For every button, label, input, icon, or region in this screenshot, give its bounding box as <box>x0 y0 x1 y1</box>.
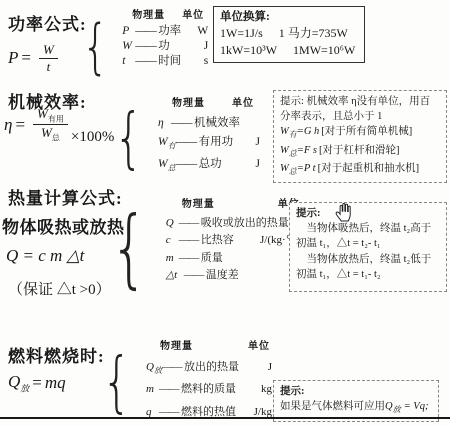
qty-name: 总功 <box>199 155 222 174</box>
unit-header: 单位 <box>232 94 254 113</box>
den-subscript: 总 <box>52 134 60 143</box>
num-subscript: 有用 <box>48 115 64 124</box>
work-symbol: W总 <box>280 143 297 161</box>
quantity-row: t —— 时间 s <box>122 54 208 69</box>
mech-tip-line: W总 =F s [对于杠杆和滑轮] <box>280 143 440 161</box>
qty-name: 放出的热量 <box>184 358 239 377</box>
qty-name: 比热容 <box>201 232 234 250</box>
quantity-row: P —— 功率 W <box>122 24 208 39</box>
symbol-base: W <box>280 163 289 174</box>
dash: —— <box>179 250 198 268</box>
formula-rhs: =F s <box>297 143 317 158</box>
symbol-subscript: 总 <box>289 167 297 176</box>
equals-sign: = <box>32 373 42 393</box>
tip-label: 提示: <box>296 208 321 219</box>
qty-name: 温度差 <box>206 267 239 285</box>
symbol-subscript: 放 <box>393 405 401 414</box>
heat-subtitle: 物体吸热或放热 <box>2 213 125 238</box>
heat-quantity-list: { 物理量 单位 Q —— 吸收或放出的热量 J c —— 比热容 J/(kg·… <box>110 196 302 287</box>
qty-name: 机械效率 <box>194 114 240 133</box>
qty-unit: s <box>204 54 208 69</box>
fuel-formula: Q放 = mq <box>8 372 66 394</box>
symbol-base: m <box>146 383 154 395</box>
qty-symbol: m <box>146 380 159 403</box>
fuel-formula-lhs: Q放 <box>8 372 29 394</box>
dash: —— <box>176 155 196 174</box>
quantity-row: Q放 —— 放出的热量 J <box>146 358 272 381</box>
mech-tip-box: 提示: 机械效率 η没有单位，用百分率表示，且总小于 1 W有 =G h [对于… <box>273 90 447 183</box>
formula-rhs: =P t <box>297 161 316 176</box>
fuel-section-title: 燃料燃烧时: <box>8 342 105 367</box>
mech-tip-line: W有 =G h [对于所有简单机械] <box>280 124 440 142</box>
qty-header: 物理量 <box>172 94 205 113</box>
fuel-tip-title: 提示: <box>280 384 432 399</box>
qty-symbol: c <box>166 232 179 250</box>
symbol-subscript: 放 <box>20 383 29 393</box>
unit-header: 单位 <box>182 8 204 23</box>
dash: —— <box>184 267 203 285</box>
symbol-base: W <box>280 126 289 137</box>
equals-sign: = <box>15 115 25 135</box>
mech-fraction-den: W <box>41 125 52 140</box>
symbol-subscript: 放 <box>154 366 162 375</box>
quantity-row: Q —— 吸收或放出的热量 J <box>166 215 302 233</box>
qty-symbol: W有 <box>158 133 176 155</box>
power-section-title: 功率公式: <box>8 10 87 35</box>
dash: —— <box>159 380 178 399</box>
left-brace: { <box>114 108 143 167</box>
power-formula-lhs: P <box>8 48 18 68</box>
symbol-base: W <box>158 136 168 148</box>
left-brace: { <box>82 20 109 74</box>
qty-unit: kg <box>261 380 272 399</box>
heat-tip-title: 提示: <box>296 206 440 221</box>
heat-formula-note: （保证 △t >0） <box>8 278 111 299</box>
formula-note: [对于所有简单机械] <box>321 124 412 139</box>
qty-symbol: q <box>146 403 159 426</box>
dash: —— <box>135 39 155 54</box>
tip-text: 如果是气体燃料可应用 <box>280 399 385 414</box>
qty-unit: J <box>256 133 260 152</box>
dash: —— <box>162 358 181 377</box>
heat-tip-box: 提示: 当物体吸热后，终温 t₂高于初温 t₁，△t = t₂- t₁ 当物体放… <box>289 202 447 292</box>
quantity-row: q —— 燃料的热值 J/kg <box>146 403 272 426</box>
conversion-item: 1kW=10³W <box>220 42 277 59</box>
qty-symbol: η <box>158 114 171 133</box>
qty-symbol: Q <box>166 215 179 233</box>
quantity-row: W有 —— 有用功 J <box>158 133 260 155</box>
symbol-subscript: 有 <box>168 141 176 150</box>
dash: —— <box>135 54 155 69</box>
dash: —— <box>176 133 196 152</box>
qty-name: 功率 <box>158 24 181 39</box>
fuel-formula-rhs: mq <box>45 373 66 393</box>
qty-symbol: W总 <box>158 155 176 177</box>
qty-symbol: P <box>122 24 135 39</box>
heat-tip-para2: 当物体放热后，终温 t₂低于初温 t₁，△t = t₁- t₂ <box>296 252 440 282</box>
quantity-row: W —— 功 J <box>122 39 208 54</box>
heat-released-symbol: Q放 <box>385 399 401 417</box>
quantity-row: W总 —— 总功 J <box>158 155 260 177</box>
quantity-row: c —— 比热容 J/(kg·℃) <box>166 232 302 250</box>
equals-sign: = <box>21 48 31 68</box>
qty-name: 质量 <box>201 250 223 268</box>
qty-unit: J <box>268 358 272 377</box>
unit-header: 单位 <box>248 338 270 357</box>
heat-tip-para1: 当物体吸热后，终温 t₂高于初温 t₁，△t = t₂- t₁ <box>296 221 440 251</box>
qty-symbol: △t <box>166 267 184 285</box>
qty-header: 物理量 <box>182 196 215 214</box>
qty-name: 时间 <box>158 54 181 69</box>
work-symbol: W总 <box>280 161 297 179</box>
qty-name: 燃料的质量 <box>181 380 236 399</box>
qty-name: 吸收或放出的热量 <box>201 215 289 233</box>
fuel-tip-box: 提示: 如果是气体燃料可应用 Q放 = Vq; <box>273 380 439 422</box>
heat-section-title: 热量计算公式: <box>8 184 123 209</box>
symbol-subscript: 总 <box>168 164 176 173</box>
qty-unit: J <box>204 39 208 54</box>
conversion-item: 1 马力=735W <box>279 25 348 42</box>
power-fraction: W t <box>39 42 58 74</box>
qty-name: 有用功 <box>199 133 234 152</box>
formula-rhs: =G h <box>297 124 320 139</box>
power-fraction-den: t <box>47 59 51 74</box>
formula-note: [对于起重机和抽水机] <box>318 161 420 176</box>
qty-unit: W <box>197 24 208 39</box>
qty-unit: J <box>256 155 260 174</box>
qty-symbol: Q放 <box>146 358 162 381</box>
qty-name: 功 <box>158 39 170 54</box>
qty-header: 物理量 <box>132 8 165 23</box>
conversion-item: 1W=1J/s <box>220 25 263 42</box>
left-brace: { <box>110 210 148 287</box>
symbol-base: W <box>158 158 168 170</box>
heat-formula-text: Q = c m △t <box>6 246 84 266</box>
quantity-row: m —— 燃料的质量 kg <box>146 380 272 403</box>
symbol-base: Q <box>8 372 20 391</box>
symbol-base: Q <box>146 361 154 373</box>
mech-tip-line: W总 =P t [对于起重机和抽水机] <box>280 161 440 179</box>
conversion-item: 1MW=10⁶W <box>293 42 355 59</box>
mech-tip-intro: 提示: 机械效率 η没有单位，用百分率表示，且总小于 1 <box>280 94 440 124</box>
quantity-row: η —— 机械效率 <box>158 114 260 133</box>
qty-symbol: W <box>122 39 135 54</box>
fuel-quantity-list: { 物理量 单位 Q放 —— 放出的热量 J m —— 燃料的质量 kg q —… <box>102 338 272 426</box>
symbol-base: Q <box>385 401 393 412</box>
unit-conversion-box: 单位换算: 1W=1J/s 1 马力=735W 1kW=10³W 1MW=10⁶… <box>213 6 365 63</box>
qty-header: 物理量 <box>160 338 193 357</box>
formula-note: [对于杠杆和滑轮] <box>319 143 400 158</box>
quantity-row: △t —— 温度差 ℃ <box>166 267 302 285</box>
bottom-divider <box>0 417 450 419</box>
mech-quantity-list: { 物理量 单位 η —— 机械效率 W有 —— 有用功 J W总 —— 总功 <box>114 94 260 178</box>
symbol-base: W <box>280 145 289 156</box>
hand-cursor-icon <box>334 201 356 227</box>
mech-formula: η = W有用 W总 ×100% <box>4 106 114 143</box>
symbol-subscript: 有 <box>289 131 297 140</box>
mech-fraction-num: W <box>37 106 48 121</box>
power-formula: P = W t <box>8 42 58 74</box>
dash: —— <box>179 215 198 233</box>
dash: —— <box>171 114 191 133</box>
work-symbol: W有 <box>280 124 297 142</box>
fuel-tip-line: 如果是气体燃料可应用 Q放 = Vq; <box>280 399 432 417</box>
heat-formula: Q = c m △t <box>6 246 84 266</box>
tip-formula-rhs: = Vq; <box>404 399 429 414</box>
power-fraction-num: W <box>43 42 54 57</box>
power-quantity-list: { 物理量 单位 P —— 功率 W W —— 功 J t —— 时间 <box>82 8 208 74</box>
conversion-title: 单位换算: <box>220 9 358 25</box>
qty-symbol: m <box>166 250 179 268</box>
dash: —— <box>135 24 155 39</box>
dash: —— <box>179 232 198 250</box>
mech-formula-lhs: η <box>4 115 12 135</box>
symbol-subscript: 总 <box>289 149 297 158</box>
mech-fraction: W有用 W总 <box>33 106 68 143</box>
left-brace: { <box>102 352 131 411</box>
times-100-percent: ×100% <box>71 129 114 146</box>
quantity-row: m —— 质量 kg <box>166 250 302 268</box>
qty-symbol: t <box>122 54 135 69</box>
physics-notes-page: 功率公式: P = W t { 物理量 单位 P —— 功率 W W —— 功 <box>0 0 450 426</box>
